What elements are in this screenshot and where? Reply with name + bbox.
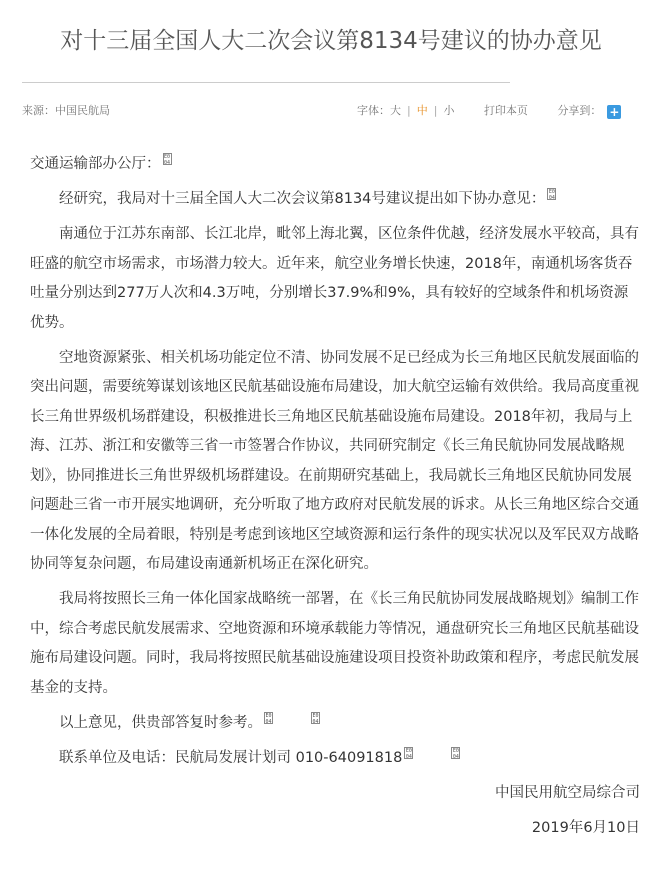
article-meta-bar: 来源：中国民航局 字体：大|中|小 打印本页 分享到：+: [0, 100, 662, 120]
title-divider: [22, 82, 510, 83]
article-body: 交通运输部办公厅：E0 04 经研究，我局对十三届全国人大二次会议第8134号建…: [30, 150, 642, 849]
missing-glyph-icon: E0 04: [163, 153, 172, 165]
intro-text: 经研究，我局对十三届全国人大二次会议第8134号建议提出如下协办意见：: [59, 191, 545, 207]
print-page-link[interactable]: 打印本页: [484, 102, 528, 118]
font-size-large[interactable]: 大: [390, 102, 401, 118]
font-size-label: 字体：: [357, 102, 390, 118]
closing-text: 以上意见，供贵部答复时参考。: [59, 715, 262, 731]
paragraph-1: 南通位于江苏东南部、长江北岸，毗邻上海北翼，区位条件优越，经济发展水平较高，具有…: [30, 220, 642, 338]
intro-paragraph: 经研究，我局对十三届全国人大二次会议第8134号建议提出如下协办意见：E0 04: [30, 185, 642, 215]
paragraph-2: 空地资源紧张、相关机场功能定位不清、协同发展不足已经成为长三角地区民航发展面临的…: [30, 344, 642, 580]
font-size-medium[interactable]: 中: [417, 102, 428, 118]
missing-glyph-icon: E0 04: [404, 747, 413, 759]
share-plus-icon[interactable]: +: [607, 105, 621, 119]
missing-glyph-icon: E0 04: [451, 747, 460, 759]
missing-glyph-icon: E0 04: [311, 712, 320, 724]
article-tools: 字体：大|中|小 打印本页 分享到：+: [357, 102, 621, 119]
missing-glyph-icon: E0 04: [264, 712, 273, 724]
signature: 中国民用航空局综合司: [30, 779, 642, 809]
contact-paragraph: 联系单位及电话：民航局发展计划司 010-64091818E0 04E0 04: [30, 744, 642, 774]
share-label: 分享到：: [557, 102, 601, 118]
paragraph-3: 我局将按照长三角一体化国家战略统一部署，在《长三角民航协同发展战略规划》编制工作…: [30, 585, 642, 703]
page-title: 对十三届全国人大二次会议第8134号建议的协办意见: [0, 22, 662, 55]
separator: |: [434, 104, 438, 117]
salutation: 交通运输部办公厅：: [30, 156, 161, 172]
missing-glyph-icon: E0 04: [547, 188, 556, 200]
source-label: 来源：中国民航局: [22, 102, 110, 118]
closing-paragraph: 以上意见，供贵部答复时参考。E0 04E0 04: [30, 709, 642, 739]
contact-text: 联系单位及电话：民航局发展计划司 010-64091818: [59, 750, 402, 766]
salutation-paragraph: 交通运输部办公厅：E0 04: [30, 150, 642, 180]
document-date: 2019年6月10日: [30, 814, 642, 844]
separator: |: [407, 104, 411, 117]
font-size-small[interactable]: 小: [443, 102, 454, 118]
